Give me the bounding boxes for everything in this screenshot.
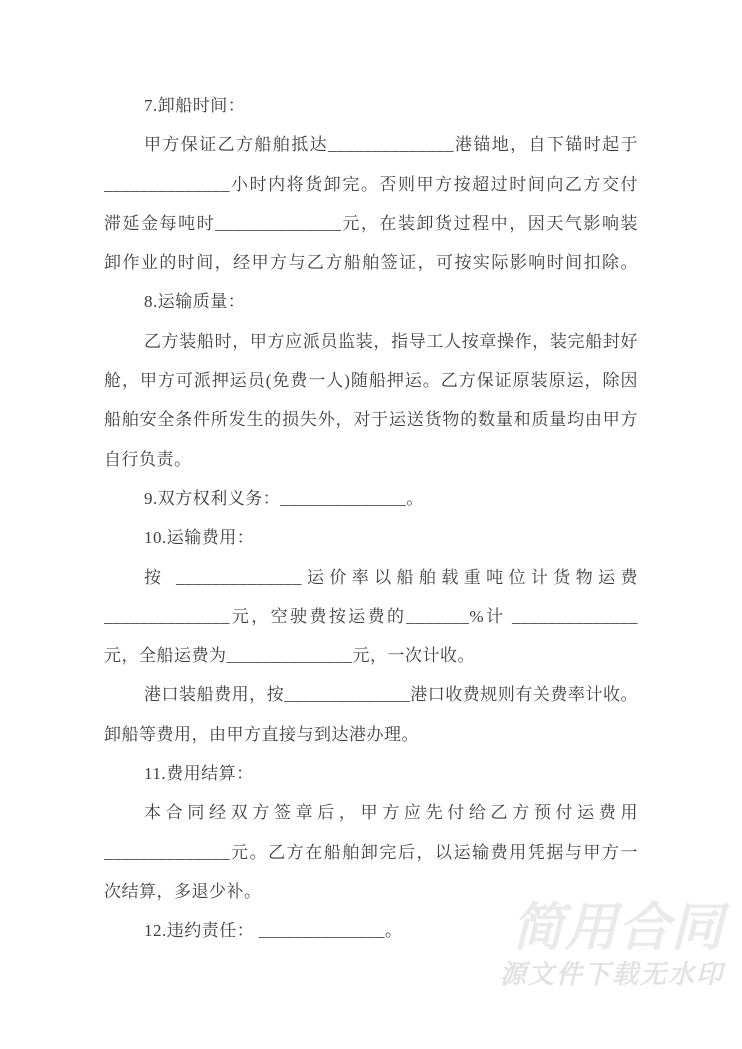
clause-9-line: 9.双方权利义务：______________。 <box>104 479 638 518</box>
clause-10-line: 元，全船运费为______________元，一次计收。 <box>104 636 638 675</box>
clause-8-line: 船舶安全条件所发生的损失外，对于运送货物的数量和质量均由甲方 <box>104 400 638 439</box>
clause-8-line: 自行负责。 <box>104 440 638 479</box>
clause-11-line: ______________元。乙方在船舶卸完后，以运输费用凭据与甲方一 <box>104 833 638 872</box>
clause-8-line: 舱，甲方可派押运员(免费一人)随船押运。乙方保证原装原运，除因 <box>104 361 638 400</box>
contract-page: 7.卸船时间： 甲方保证乙方船舶抵达______________港锚地，自下锚时… <box>0 0 742 1049</box>
clause-10-line: 卸船等费用，由甲方直接与到达港办理。 <box>104 715 638 754</box>
clause-7-line: ______________小时内将货卸完。否则甲方按超过时间向乙方交付 <box>104 165 638 204</box>
clause-11-line: 次结算，多退少补。 <box>104 872 638 911</box>
clause-11-heading: 11.费用结算： <box>104 754 638 793</box>
clause-7-line: 卸作业的时间，经甲方与乙方船舶签证，可按实际影响时间扣除。 <box>104 243 638 282</box>
clause-10-line: 按 ______________运价率以船舶载重吨位计货物运费 <box>104 558 638 597</box>
clause-7-line: 甲方保证乙方船舶抵达______________港锚地，自下锚时起于 <box>104 125 638 164</box>
clause-10-line: 港口装船费用，按______________港口收费规则有关费率计收。 <box>104 675 638 714</box>
clause-8-line: 乙方装船时，甲方应派员监装，指导工人按章操作，装完船封好 <box>104 322 638 361</box>
clause-7-line: 滞延金每吨时______________元，在装卸货过程中，因天气影响装 <box>104 204 638 243</box>
clause-8-heading: 8.运输质量： <box>104 282 638 321</box>
clause-10-line: ______________元，空驶费按运费的_______%计 _______… <box>104 597 638 636</box>
contract-body: 7.卸船时间： 甲方保证乙方船舶抵达______________港锚地，自下锚时… <box>104 86 638 951</box>
clause-7-heading: 7.卸船时间： <box>104 86 638 125</box>
clause-11-line: 本合同经双方签章后，甲方应先付给乙方预付运费用 <box>104 793 638 832</box>
watermark-subtitle: 源文件下载无水印 <box>484 958 724 990</box>
clause-10-heading: 10.运输费用： <box>104 518 638 557</box>
clause-12-line: 12.违约责任： ______________。 <box>104 911 638 950</box>
